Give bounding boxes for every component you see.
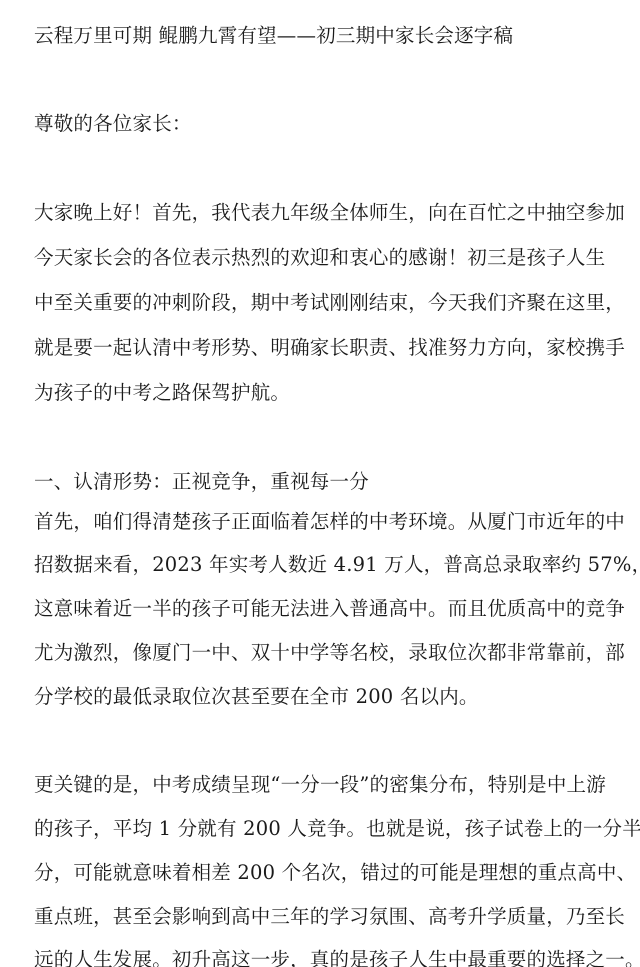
paragraph-line: 的孩子，平均 1 分就有 200 人竞争。也就是说，孩子试卷上的一分半 (34, 816, 640, 842)
paragraph-line: 就是要一起认清中考形势、明确家长职责、找准努力方向，家校携手 (34, 335, 625, 361)
paragraph-line: 今天家长会的各位表示热烈的欢迎和衷心的感谢！初三是孩子人生 (34, 245, 605, 271)
paragraph-line: 更关键的是，中考成绩呈现“一分一段”的密集分布，特别是中上游 (34, 772, 606, 798)
paragraph-line: 首先，咱们得清楚孩子正面临着怎样的中考环境。从厦门市近年的中 (34, 509, 625, 535)
section-heading: 一、认清形势：正视竞争，重视每一分 (34, 469, 369, 495)
paragraph-line: 分，可能就意味着相差 200 个名次，错过的可能是理想的重点高中、 (34, 860, 636, 886)
paragraph-line: 重点班，甚至会影响到高中三年的学习氛围、高考升学质量，乃至长 (34, 904, 625, 930)
paragraph-line: 尤为激烈，像厦门一中、双十中学等名校，录取位次都非常靠前，部 (34, 640, 625, 666)
paragraph-line: 这意味着近一半的孩子可能无法进入普通高中。而且优质高中的竞争 (34, 596, 625, 622)
document-title: 云程万里可期 鲲鹏九霄有望——初三期中家长会逐字稿 (34, 23, 513, 49)
paragraph-line: 中至关重要的冲刺阶段，期中考试刚刚结束，今天我们齐聚在这里， (34, 290, 625, 316)
paragraph-line: 大家晚上好！首先，我代表九年级全体师生，向在百忙之中抽空参加 (34, 200, 625, 226)
paragraph-line: 远的人生发展。初升高这一步，真的是孩子人生中最重要的选择之一。 (34, 947, 640, 967)
paragraph-line: 招数据来看，2023 年实考人数近 4.91 万人，普高总录取率约 57%， (34, 552, 640, 578)
paragraph-line: 分学校的最低录取位次甚至要在全市 200 名以内。 (34, 684, 479, 710)
paragraph-line: 为孩子的中考之路保驾护航。 (34, 380, 290, 406)
salutation: 尊敬的各位家长： (34, 111, 192, 137)
